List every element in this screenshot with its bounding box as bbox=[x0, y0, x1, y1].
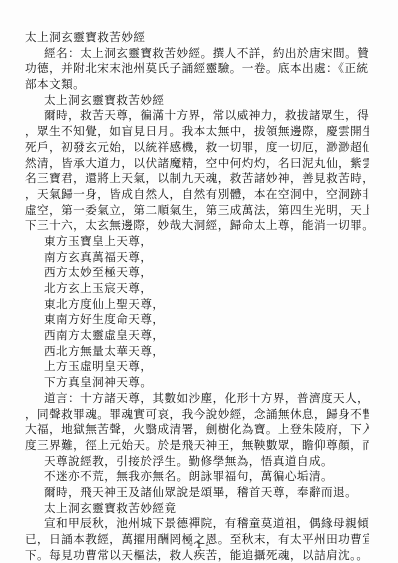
paragraph-line: 道言：十方諸天尊，其數如沙塵，化形十方界，普濟度天人，委氣聚功德 bbox=[25, 391, 369, 407]
paragraph-line: ，天氣歸一身，皆成自然人，自然有別體，本在空洞中，空洞跡非跡，徧體皆 bbox=[25, 187, 369, 203]
intro-line: 經名：太上洞玄靈寶救苦妙經。撰人不詳，約出於唐宋間。贊頌救苦天尊 bbox=[25, 46, 369, 62]
deity-line: 東南方好生度命天尊， bbox=[25, 312, 369, 328]
paragraph-line: 名三寶君，還將上天氣，以制九天魂，救苦諸妙神，善見救苦時，天上混無分 bbox=[25, 171, 369, 187]
deity-line: 東方玉寶皇上天尊， bbox=[25, 234, 369, 250]
paragraph-line: ，眾生不知覺，如盲見日月。我本太無中，拔領無邊際，慶雲開生門，祥煙塞 bbox=[25, 124, 369, 140]
page-number: - 1 - bbox=[0, 540, 398, 551]
deity-line: 西南方太靈虛皇天尊， bbox=[25, 328, 369, 344]
paragraph-line: 爾時，救苦天尊，徧滿十方界，常以威神力，救拔諸眾生，得離於迷途 bbox=[25, 108, 369, 124]
intro-line: 功德，并附北宋末池州莫氏子誦經靈驗。一卷。底本出處：《正統道藏》洞玄 bbox=[25, 61, 369, 77]
deity-line: 下方真皇洞神天尊。 bbox=[25, 375, 369, 391]
document-body: 太上洞玄靈寶救苦妙經 經名：太上洞玄靈寶救苦妙經。撰人不詳，約出於唐宋間。贊頌救… bbox=[25, 30, 369, 563]
intro-line: 部本文類。 bbox=[25, 77, 369, 93]
deity-line: 西方太妙至極天尊， bbox=[25, 265, 369, 281]
deity-line: 東北方度仙上聖天尊， bbox=[25, 297, 369, 313]
paragraph-line: 大福，地獄無苦聲，火翳成清署，劍樹化為寶。上登朱陵府，下入開光門，超 bbox=[25, 422, 369, 438]
paragraph-line: 下三十六，太玄無邊際，妙哉大洞經，歸命太上尊，能消一切罪。 bbox=[25, 218, 369, 234]
deity-line: 南方玄真萬福天尊， bbox=[25, 250, 369, 266]
document-page: 太上洞玄靈寶救苦妙經 經名：太上洞玄靈寶救苦妙經。撰人不詳，約出於唐宋間。贊頌救… bbox=[0, 0, 398, 563]
paragraph-line: 然清，皆承大道力，以伏諸魔精，空中何灼灼，名曰泥丸仙，紫雲覆黃老，是 bbox=[25, 156, 369, 172]
sub-heading: 太上洞玄靈寶救苦妙經 bbox=[25, 93, 369, 109]
deity-line: 上方玉虛明皇天尊， bbox=[25, 359, 369, 375]
verse-line: 天尊說經教，引接於浮生。勤修學無為，悟真道自成。 bbox=[25, 454, 369, 470]
paragraph-line: 宣和甲辰秋，池州城下景德禪院，有稽童莫道祖，偶緣母親傾逝，追慕不 bbox=[25, 516, 369, 532]
document-heading: 太上洞玄靈寶救苦妙經 bbox=[25, 30, 369, 46]
deity-line: 北方玄上玉宸天尊， bbox=[25, 281, 369, 297]
paragraph-line: 虛空，第一委氣立，第二順氣生，第三成萬法，第四生光明，天上三十六，地 bbox=[25, 203, 369, 219]
appendix-heading: 太上洞玄靈寶救苦妙經竟 bbox=[25, 501, 369, 517]
verse-line: 爾時，飛天神王及諸仙眾說是頌畢，稽首天尊，奉辭而退。 bbox=[25, 485, 369, 501]
paragraph-line: 死戶，初發玄元始，以統祥感機，救一切罪，度一切厄，渺渺超仙源，蕩蕩自 bbox=[25, 140, 369, 156]
paragraph-line: ，同聲救罪魂。罪魂實可哀，我今說妙經，念誦無休息，歸身不暫停。天堂享 bbox=[25, 407, 369, 423]
verse-line: 不迷亦不荒，無我亦無名。朗詠罪福句，萬徧心垢清。 bbox=[25, 469, 369, 485]
deity-line: 西北方無量太華天尊， bbox=[25, 344, 369, 360]
paragraph-line: 度三界難，徑上元始天。於是飛天神王，無鞅數眾，瞻仰尊顏，而作頌曰： bbox=[25, 438, 369, 454]
